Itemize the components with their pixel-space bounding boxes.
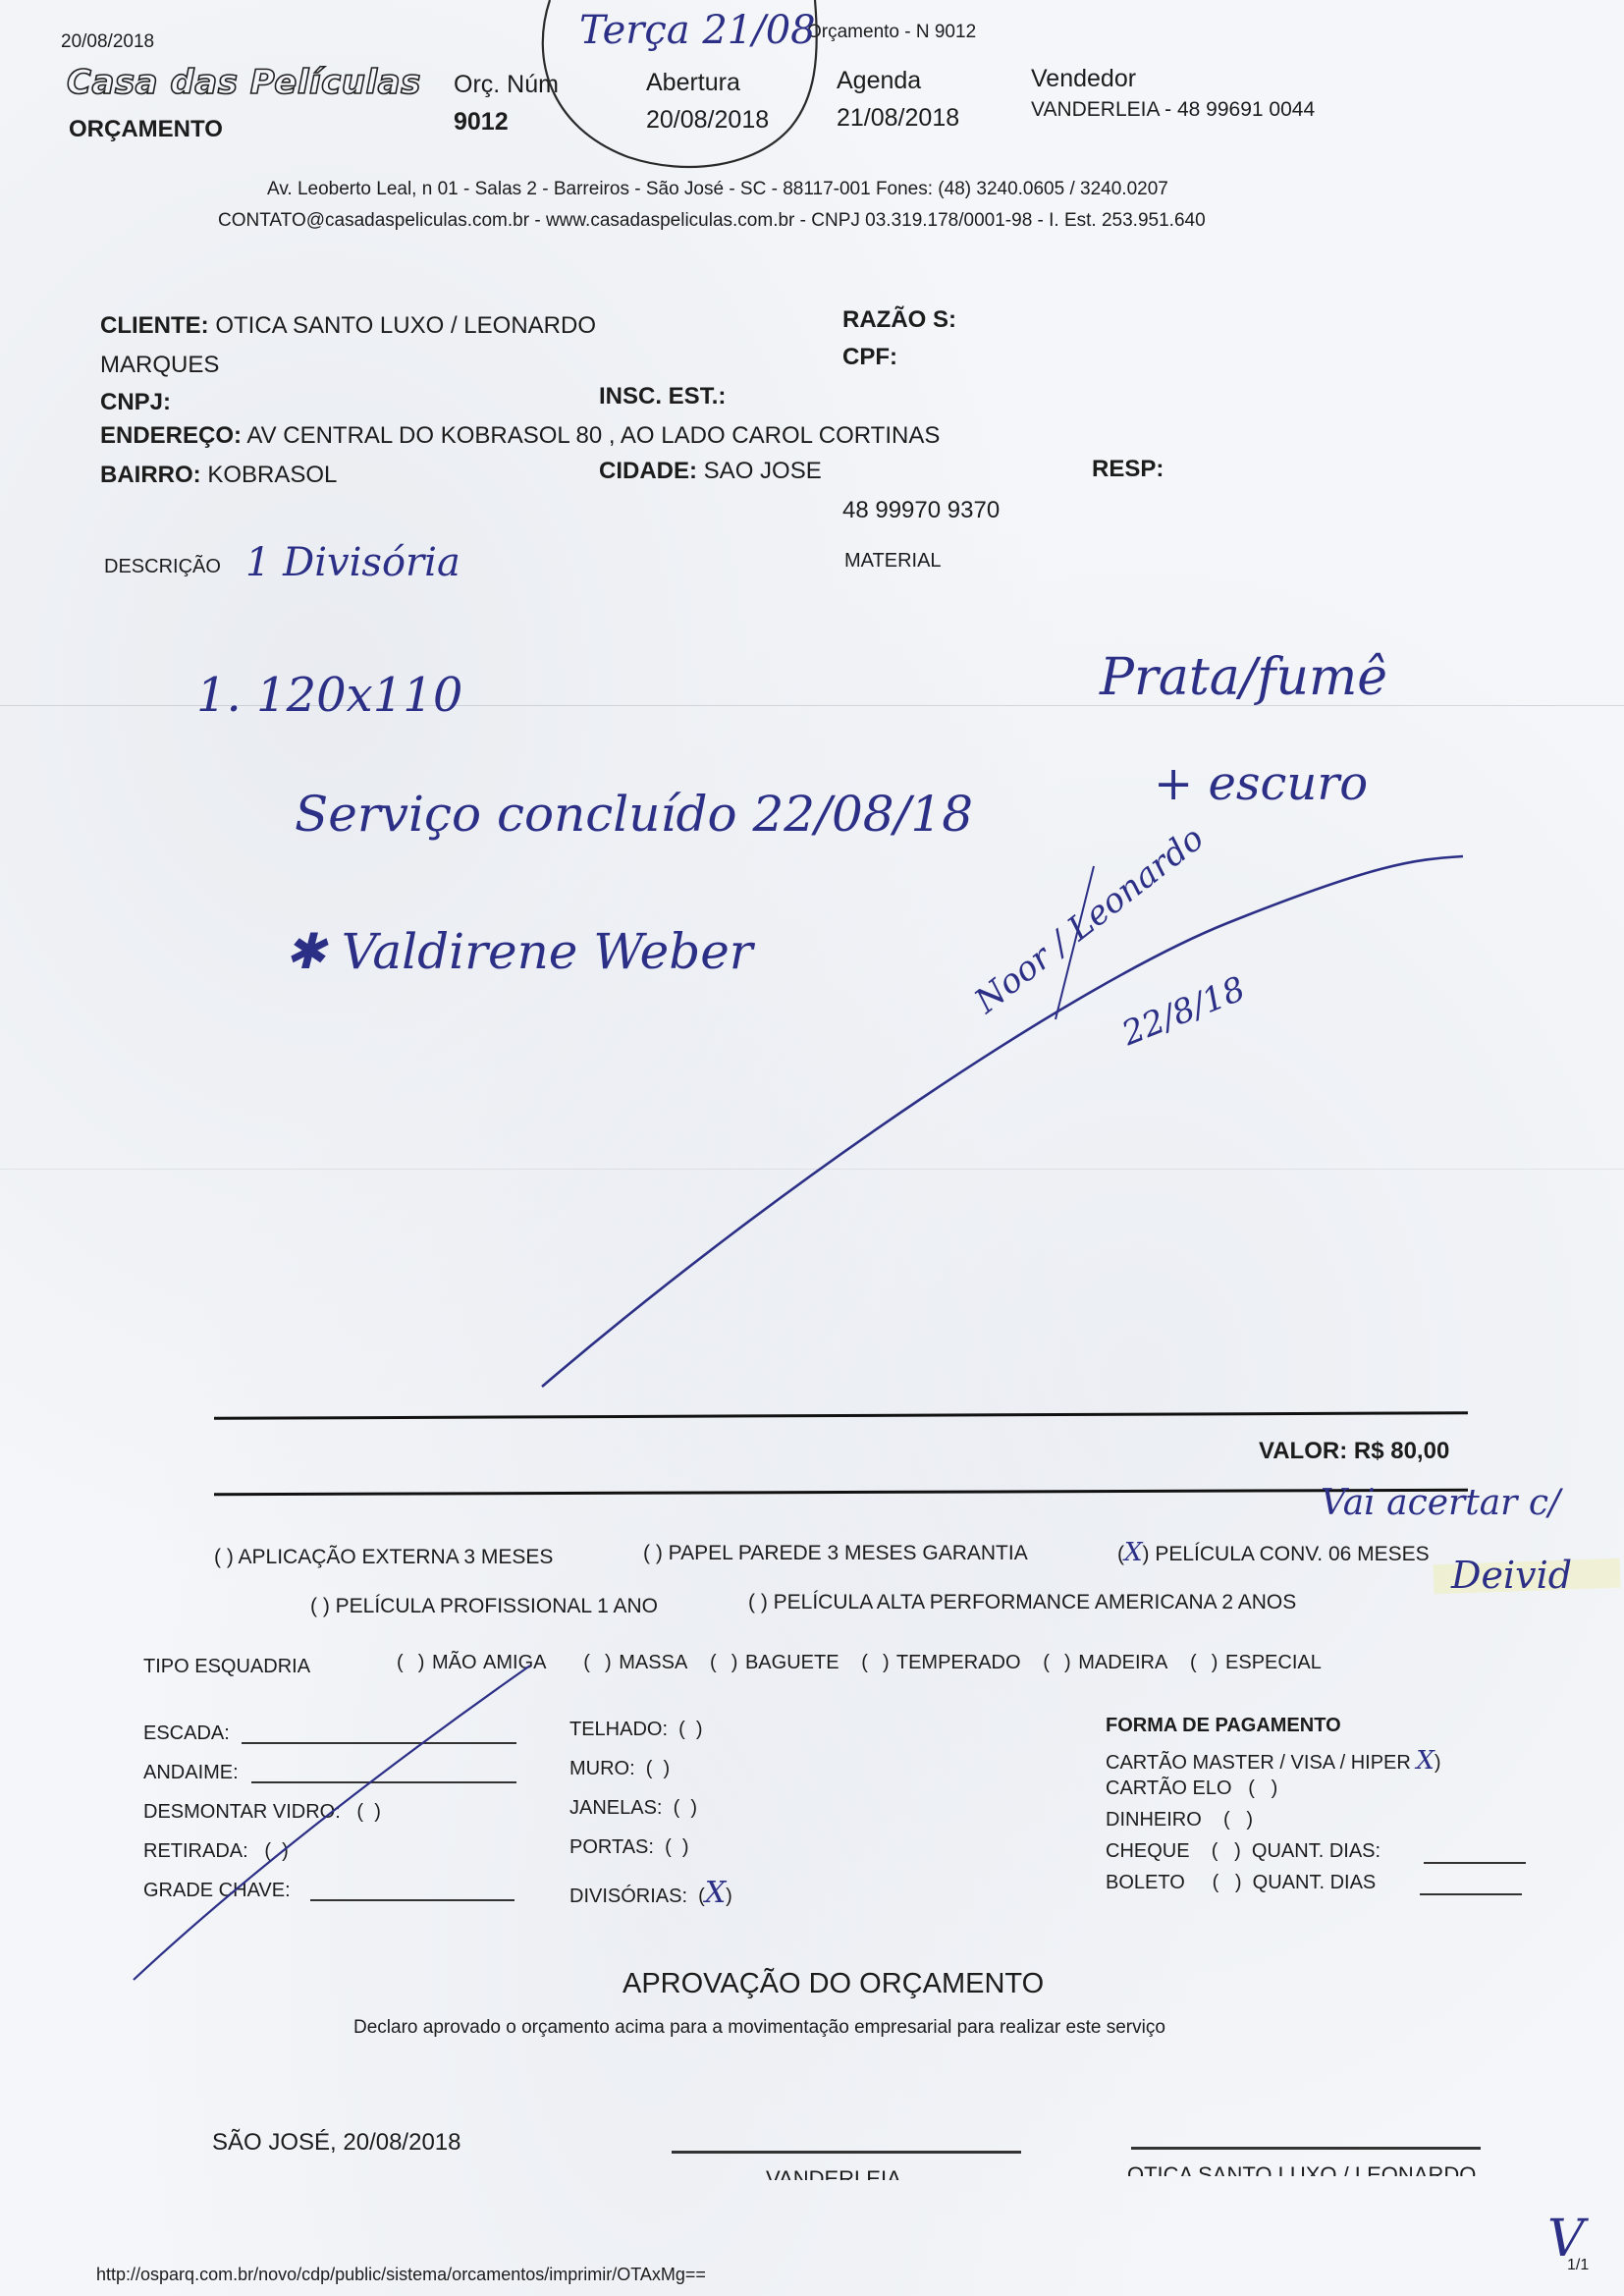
seller: VANDERLEIA - 48 99691 0044 <box>1031 98 1315 122</box>
page-initial: V <box>1547 2210 1585 2269</box>
company-contact: CONTATO@casadaspeliculas.com.br - www.ca… <box>218 210 1206 232</box>
payment-extra-label: QUANT. DIAS: <box>1252 1840 1380 1862</box>
place-date: SÃO JOSÉ, 20/08/2018 <box>212 2129 461 2157</box>
insc-label: INSC. EST.: <box>599 383 726 410</box>
extra-label: PORTAS: <box>569 1836 654 1858</box>
extra-label: DIVISÓRIAS: <box>569 1886 687 1907</box>
frame-option-label: TEMPERADO <box>896 1652 1021 1673</box>
client-signature-label: OTICA SANTO LUXO / LEONARDO <box>1127 2162 1476 2176</box>
opening-date: 20/08/2018 <box>646 106 769 135</box>
handwritten-material-extra: + escuro <box>1154 756 1368 811</box>
technician-name: Valdirene Weber <box>342 923 753 980</box>
client-address: AV CENTRAL DO KOBRASOL 80 , AO LADO CARO… <box>246 422 940 449</box>
side-note-line1: Vai acertar c/ <box>1321 1483 1560 1523</box>
warranty-label: PELÍCULA ALTA PERFORMANCE AMERICANA 2 AN… <box>774 1591 1297 1613</box>
extra-divisorias[interactable]: DIVISÓRIAS: (X) <box>569 1876 732 1910</box>
client-label: CLIENTE: <box>100 312 209 339</box>
signature-name: Leonardo <box>1060 819 1212 949</box>
handwritten-technician: ✱ Valdirene Weber <box>285 923 753 980</box>
budget-number: 9012 <box>454 108 509 137</box>
value-row: VALOR: R$ 80,00 <box>1259 1438 1449 1465</box>
extra-label: TELHADO: <box>569 1719 668 1740</box>
address-row: ENDEREÇO: AV CENTRAL DO KOBRASOL 80 , AO… <box>100 422 940 450</box>
payment-option-checked[interactable]: CARTÃO MASTER / VISA / HIPER X) <box>1106 1746 1441 1776</box>
extra-muro[interactable]: MURO: ( ) <box>569 1758 670 1780</box>
cheque-days-field[interactable] <box>1424 1862 1526 1864</box>
handwritten-service-done: Serviço concluído 22/08/18 <box>295 786 973 843</box>
warranty-label: PELÍCULA CONV. 06 MESES <box>1155 1543 1429 1565</box>
client-name: OTICA SANTO LUXO / LEONARDO <box>215 312 596 339</box>
extra-label: DESMONTAR VIDRO: <box>143 1801 341 1823</box>
extra-escada: ESCADA: <box>143 1722 230 1745</box>
payment-title: FORMA DE PAGAMENTO <box>1106 1715 1341 1737</box>
approval-statement: Declaro aprovado o orçamento acima para … <box>353 2017 1165 2039</box>
divider-line <box>214 1489 1468 1496</box>
extra-label: ANDAIME: <box>143 1762 239 1783</box>
bairro-label: BAIRRO: <box>100 462 201 488</box>
cpf-label: CPF: <box>842 344 897 371</box>
address-label: ENDEREÇO: <box>100 422 242 449</box>
value-label: VALOR: <box>1259 1438 1347 1464</box>
seller-signature-line <box>672 2151 1021 2154</box>
frame-option[interactable]: ( ) MÃO AMIGA <box>397 1652 546 1673</box>
seller-signature-label: VANDERLEIA <box>766 2166 901 2180</box>
approval-title: APROVAÇÃO DO ORÇAMENTO <box>623 1968 1044 2000</box>
warranty-option-checked[interactable]: (X) PELÍCULA CONV. 06 MESES <box>1117 1538 1430 1567</box>
signature-initial: Noor / <box>967 918 1084 1021</box>
material-label: MATERIAL <box>844 550 942 573</box>
payment-label: CARTÃO MASTER / VISA / HIPER <box>1106 1752 1411 1774</box>
seller-label: Vendedor <box>1031 65 1136 93</box>
extra-label: ESCADA: <box>143 1722 230 1744</box>
frame-option[interactable]: ( ) BAGUETE <box>710 1652 839 1673</box>
frame-option-label: BAGUETE <box>745 1652 839 1673</box>
handwritten-weekday-note: Terça 21/08 <box>579 8 816 53</box>
footer-url[interactable]: http://osparq.com.br/novo/cdp/public/sis… <box>96 2265 706 2285</box>
handwritten-description: 1 Divisória <box>245 540 460 585</box>
doc-type: ORÇAMENTO <box>69 116 223 143</box>
payment-option[interactable]: DINHEIRO ( ) <box>1106 1809 1253 1831</box>
payment-label: CARTÃO ELO <box>1106 1777 1232 1799</box>
frame-type-label: TIPO ESQUADRIA <box>143 1656 310 1678</box>
frame-option-label: MADEIRA <box>1078 1652 1167 1673</box>
warranty-option[interactable]: ( ) APLICAÇÃO EXTERNA 3 MESES <box>214 1546 553 1569</box>
extra-janelas[interactable]: JANELAS: ( ) <box>569 1797 697 1820</box>
extra-label: GRADE CHAVE: <box>143 1880 291 1901</box>
frame-option[interactable]: ( ) TEMPERADO <box>861 1652 1020 1673</box>
schedule-label: Agenda <box>837 67 921 95</box>
warranty-option[interactable]: ( ) PELÍCULA ALTA PERFORMANCE AMERICANA … <box>748 1591 1296 1614</box>
company-address: Av. Leoberto Leal, n 01 - Salas 2 - Barr… <box>267 179 1168 200</box>
warranty-label: PAPEL PAREDE 3 MESES GARANTIA <box>669 1542 1028 1564</box>
descricao-label: DESCRIÇÃO <box>104 556 221 578</box>
payment-label: BOLETO <box>1106 1872 1185 1893</box>
extra-andaime: ANDAIME: <box>143 1762 239 1784</box>
extra-retirada[interactable]: RETIRADA: ( ) <box>143 1840 289 1863</box>
cnpj-label: CNPJ: <box>100 389 171 416</box>
handwritten-dimensions: 1. 120x110 <box>196 668 462 723</box>
budget-ref: Orçamento - N 9012 <box>807 22 976 43</box>
frame-type-options: ( ) MÃO AMIGA ( ) MASSA ( ) BAGUETE ( ) … <box>397 1652 1322 1674</box>
frame-option-label: ESPECIAL <box>1225 1652 1322 1673</box>
payment-label: CHEQUE <box>1106 1840 1190 1862</box>
boleto-days-field[interactable] <box>1420 1893 1522 1895</box>
cidade-label: CIDADE: <box>599 458 697 484</box>
side-note-line2: Deivid <box>1451 1554 1572 1597</box>
check-mark-icon: X <box>1124 1538 1143 1567</box>
client-row: CLIENTE: OTICA SANTO LUXO / LEONARDO <box>100 312 596 340</box>
frame-option[interactable]: ( ) ESPECIAL <box>1190 1652 1322 1673</box>
razao-label: RAZÃO S: <box>842 306 956 334</box>
andaime-field[interactable] <box>251 1781 516 1783</box>
client-phone: 48 99970 9370 <box>842 497 1000 524</box>
bairro-row: BAIRRO: KOBRASOL <box>100 462 337 489</box>
escada-field[interactable] <box>242 1742 516 1744</box>
frame-option[interactable]: ( ) MASSA <box>583 1652 687 1673</box>
extra-label: MURO: <box>569 1758 635 1779</box>
cidade: SAO JOSE <box>704 458 822 484</box>
frame-option[interactable]: ( ) MADEIRA <box>1043 1652 1167 1673</box>
client-signature: Noor / Leonardo <box>967 819 1211 1021</box>
company-logo: Casa das Películas <box>67 63 421 102</box>
signature-date: 22/8/18 <box>1116 969 1251 1054</box>
extra-grade-chave: GRADE CHAVE: <box>143 1880 291 1902</box>
schedule-date: 21/08/2018 <box>837 104 959 133</box>
handwritten-material: Prata/fumê <box>1100 648 1387 707</box>
value-amount: R$ 80,00 <box>1354 1438 1449 1464</box>
budget-number-label: Orç. Núm <box>454 71 559 99</box>
check-mark-icon: X <box>1416 1746 1435 1776</box>
payment-label: DINHEIRO <box>1106 1809 1202 1831</box>
opening-label: Abertura <box>646 69 740 97</box>
check-mark-icon: X <box>705 1876 726 1910</box>
extra-portas[interactable]: PORTAS: ( ) <box>569 1836 689 1859</box>
frame-option-label: MASSA <box>619 1652 687 1673</box>
payment-option[interactable]: BOLETO ( ) QUANT. DIAS <box>1106 1872 1376 1894</box>
grade-chave-field[interactable] <box>310 1899 514 1901</box>
cidade-row: CIDADE: SAO JOSE <box>599 458 822 485</box>
payment-option[interactable]: CARTÃO ELO ( ) <box>1106 1777 1277 1800</box>
payment-extra-label: QUANT. DIAS <box>1253 1872 1377 1893</box>
warranty-option[interactable]: ( ) PELÍCULA PROFISSIONAL 1 ANO <box>310 1595 658 1618</box>
star-icon: ✱ <box>285 923 342 980</box>
warranty-label: APLICAÇÃO EXTERNA 3 MESES <box>239 1546 554 1568</box>
pen-marks <box>0 0 1624 2296</box>
warranty-option[interactable]: ( ) PAPEL PAREDE 3 MESES GARANTIA <box>643 1542 1028 1565</box>
resp-label: RESP: <box>1092 456 1164 483</box>
divider-line <box>214 1411 1468 1420</box>
client-name-line2: MARQUES <box>100 352 219 379</box>
extra-label: JANELAS: <box>569 1797 662 1819</box>
print-date: 20/08/2018 <box>61 31 154 53</box>
client-signature-line <box>1131 2147 1481 2150</box>
extra-desmontar[interactable]: DESMONTAR VIDRO: ( ) <box>143 1801 381 1824</box>
bairro: KOBRASOL <box>207 462 337 488</box>
paper-fold <box>0 1169 1624 1170</box>
frame-option-label: MÃO AMIGA <box>432 1652 546 1673</box>
extra-telhado[interactable]: TELHADO: ( ) <box>569 1719 703 1741</box>
payment-option[interactable]: CHEQUE ( ) QUANT. DIAS: <box>1106 1840 1380 1863</box>
extra-label: RETIRADA: <box>143 1840 248 1862</box>
warranty-label: PELÍCULA PROFISSIONAL 1 ANO <box>336 1595 658 1617</box>
